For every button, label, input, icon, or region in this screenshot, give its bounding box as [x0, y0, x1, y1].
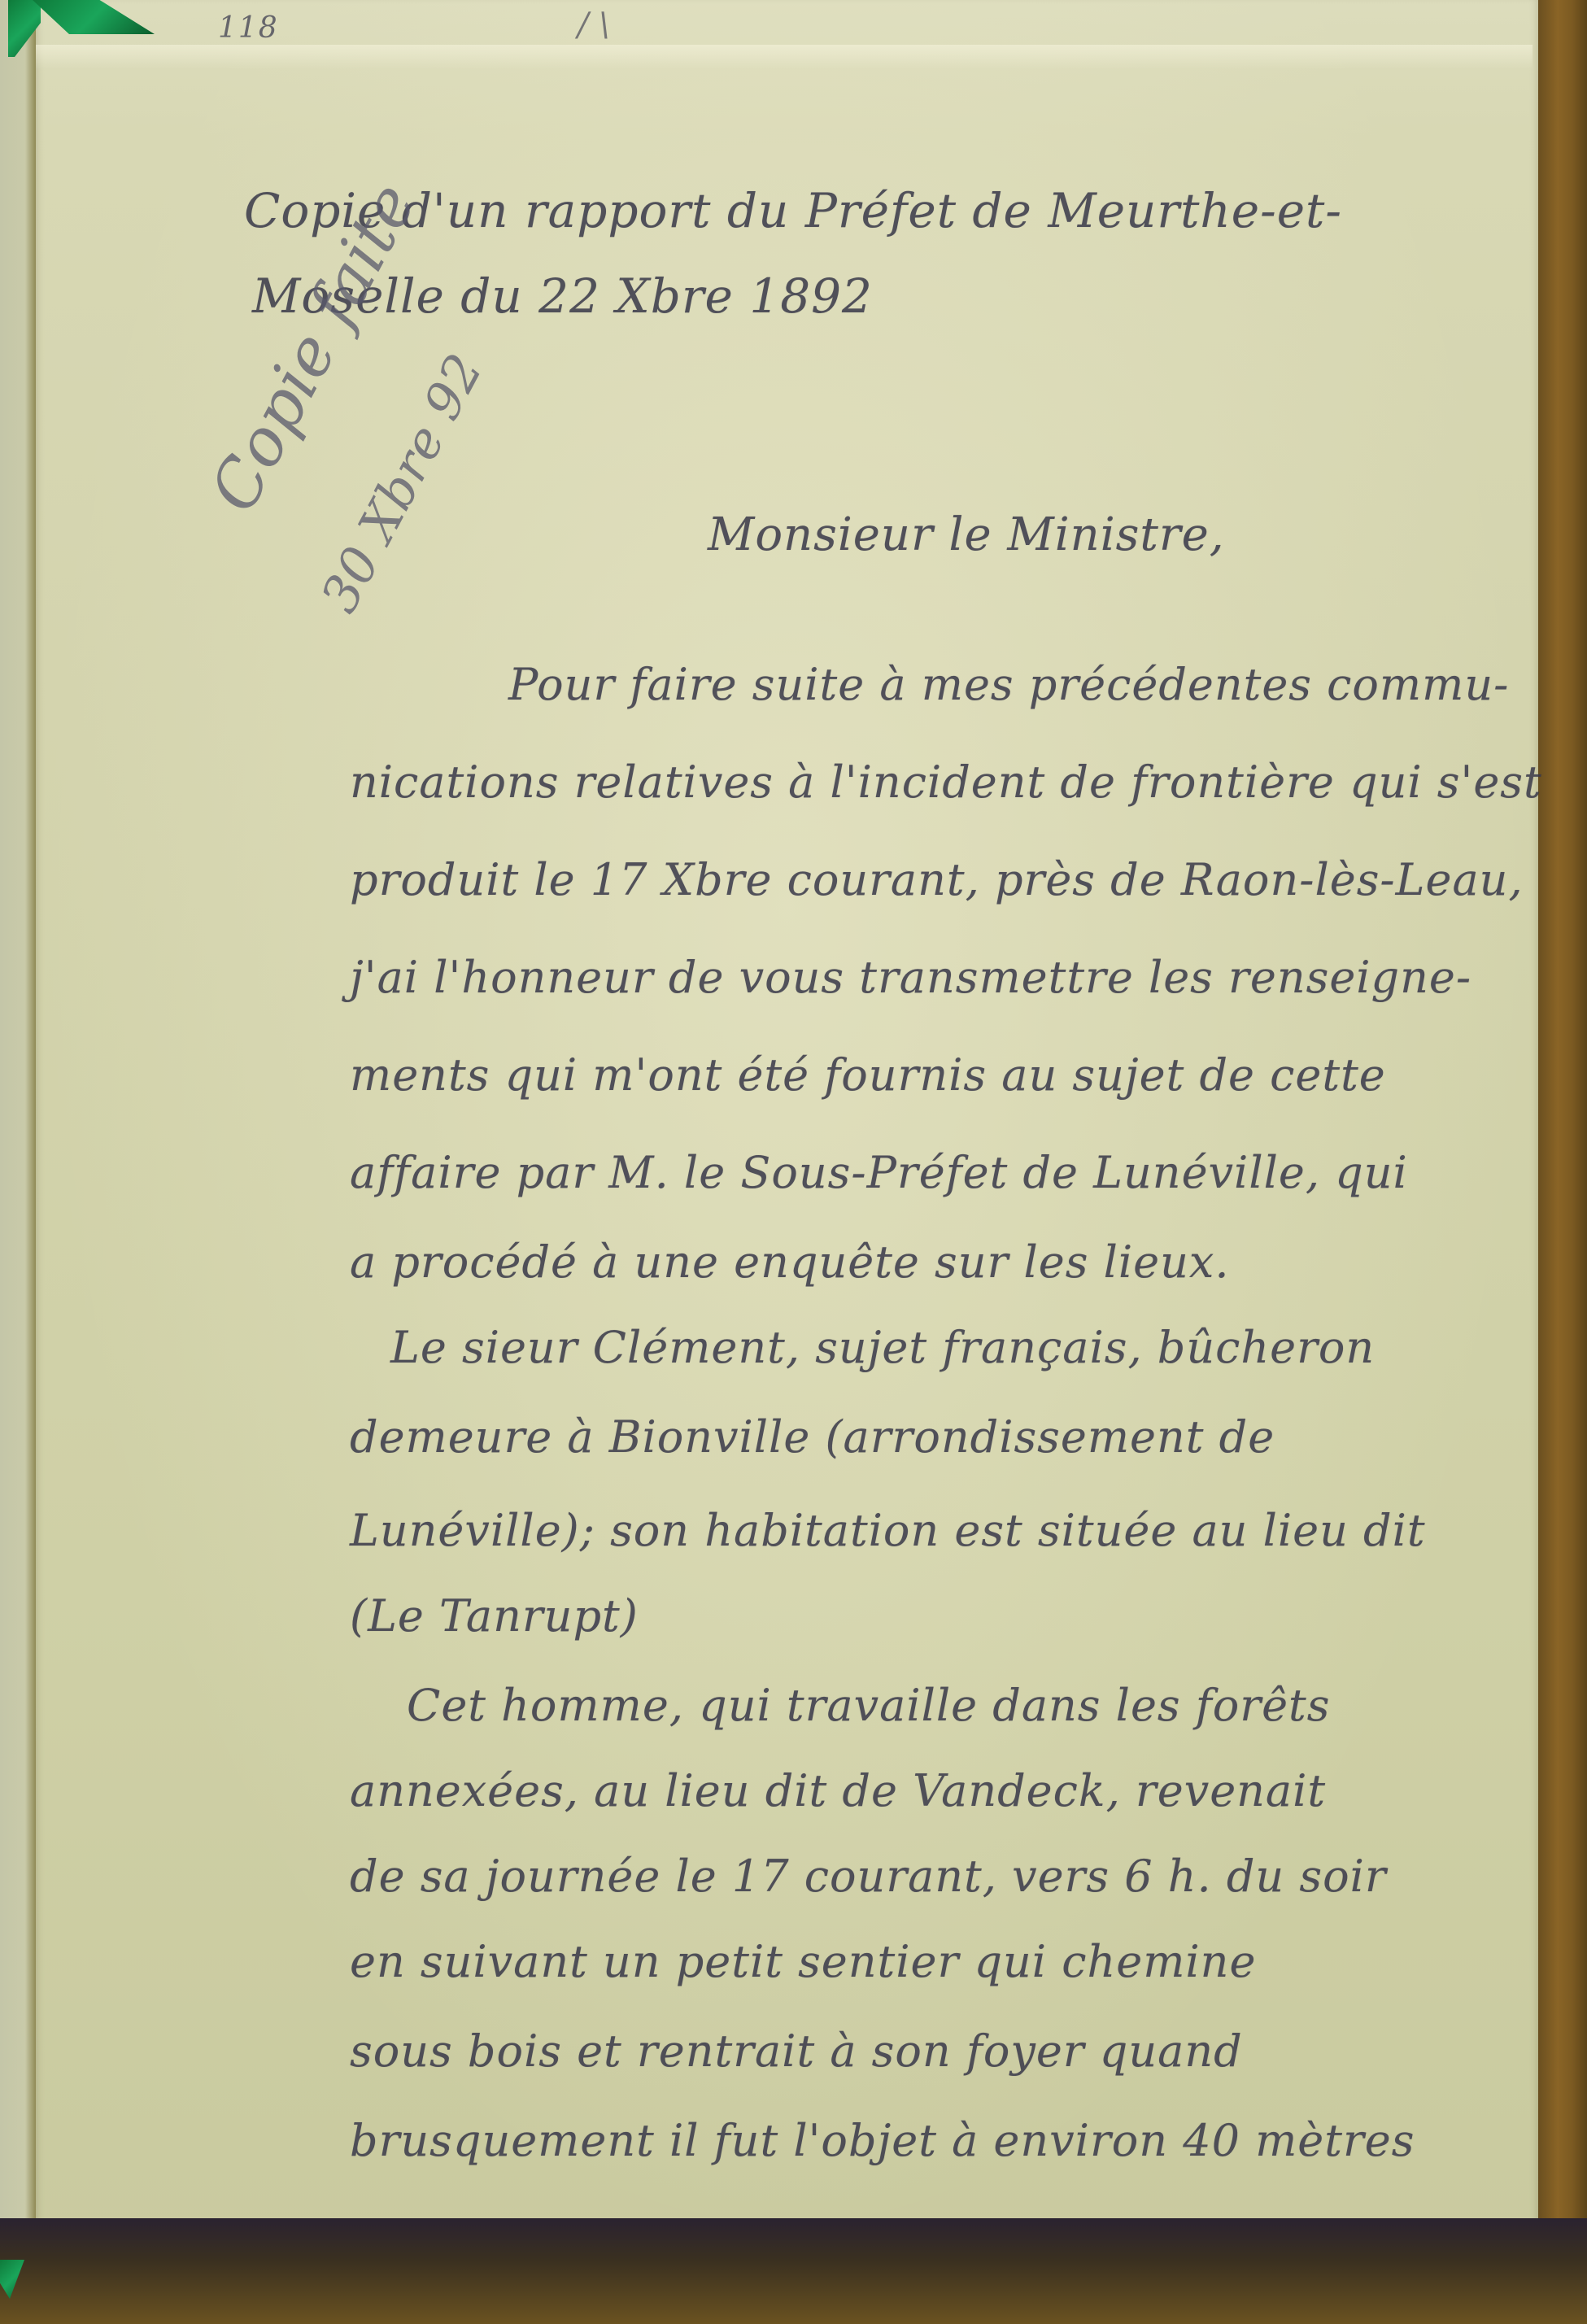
- body-line: a procédé à une enquête sur les lieux.: [350, 1236, 1230, 1288]
- letter-page: [36, 0, 1538, 2260]
- desk-surface: [0, 2218, 1587, 2324]
- body-line: Pour faire suite à mes précédentes commu…: [508, 659, 1509, 710]
- underlying-page-edge: [0, 0, 36, 2245]
- body-line: demeure à Bionville (arrondissement de: [350, 1411, 1275, 1463]
- sheet-fold: [36, 45, 1533, 69]
- body-line: Le sieur Clément, sujet français, bûcher…: [390, 1322, 1375, 1373]
- body-line: de sa journée le 17 courant, vers 6 h. d…: [350, 1851, 1387, 1902]
- body-line: j'ai l'honneur de vous transmettre les r…: [350, 952, 1471, 1003]
- top-pencil-mark-number: 118: [218, 11, 279, 45]
- top-pencil-mark-strokes: / \: [578, 7, 610, 44]
- body-line: affaire par M. le Sous-Préfet de Lunévil…: [350, 1147, 1408, 1198]
- wooden-desk-edge: [1538, 0, 1587, 2324]
- body-line: Lunéville); son habitation est située au…: [350, 1505, 1426, 1556]
- body-line: en suivant un petit sentier qui chemine: [350, 1936, 1256, 1987]
- salutation: Monsieur le Ministre,: [708, 508, 1225, 561]
- body-line: annexées, au lieu dit de Vandeck, revena…: [350, 1765, 1326, 1816]
- body-line: brusquement il fut l'objet à environ 40 …: [350, 2115, 1415, 2166]
- body-line: produit le 17 Xbre courant, près de Raon…: [350, 854, 1524, 905]
- body-line: ments qui m'ont été fournis au sujet de …: [350, 1049, 1386, 1101]
- body-line: nications relatives à l'incident de fron…: [350, 756, 1542, 808]
- body-line: sous bois et rentrait à son foyer quand: [350, 2025, 1243, 2077]
- body-line: (Le Tanrupt): [350, 1590, 639, 1642]
- body-line: Cet homme, qui travaille dans les forêts: [407, 1680, 1330, 1731]
